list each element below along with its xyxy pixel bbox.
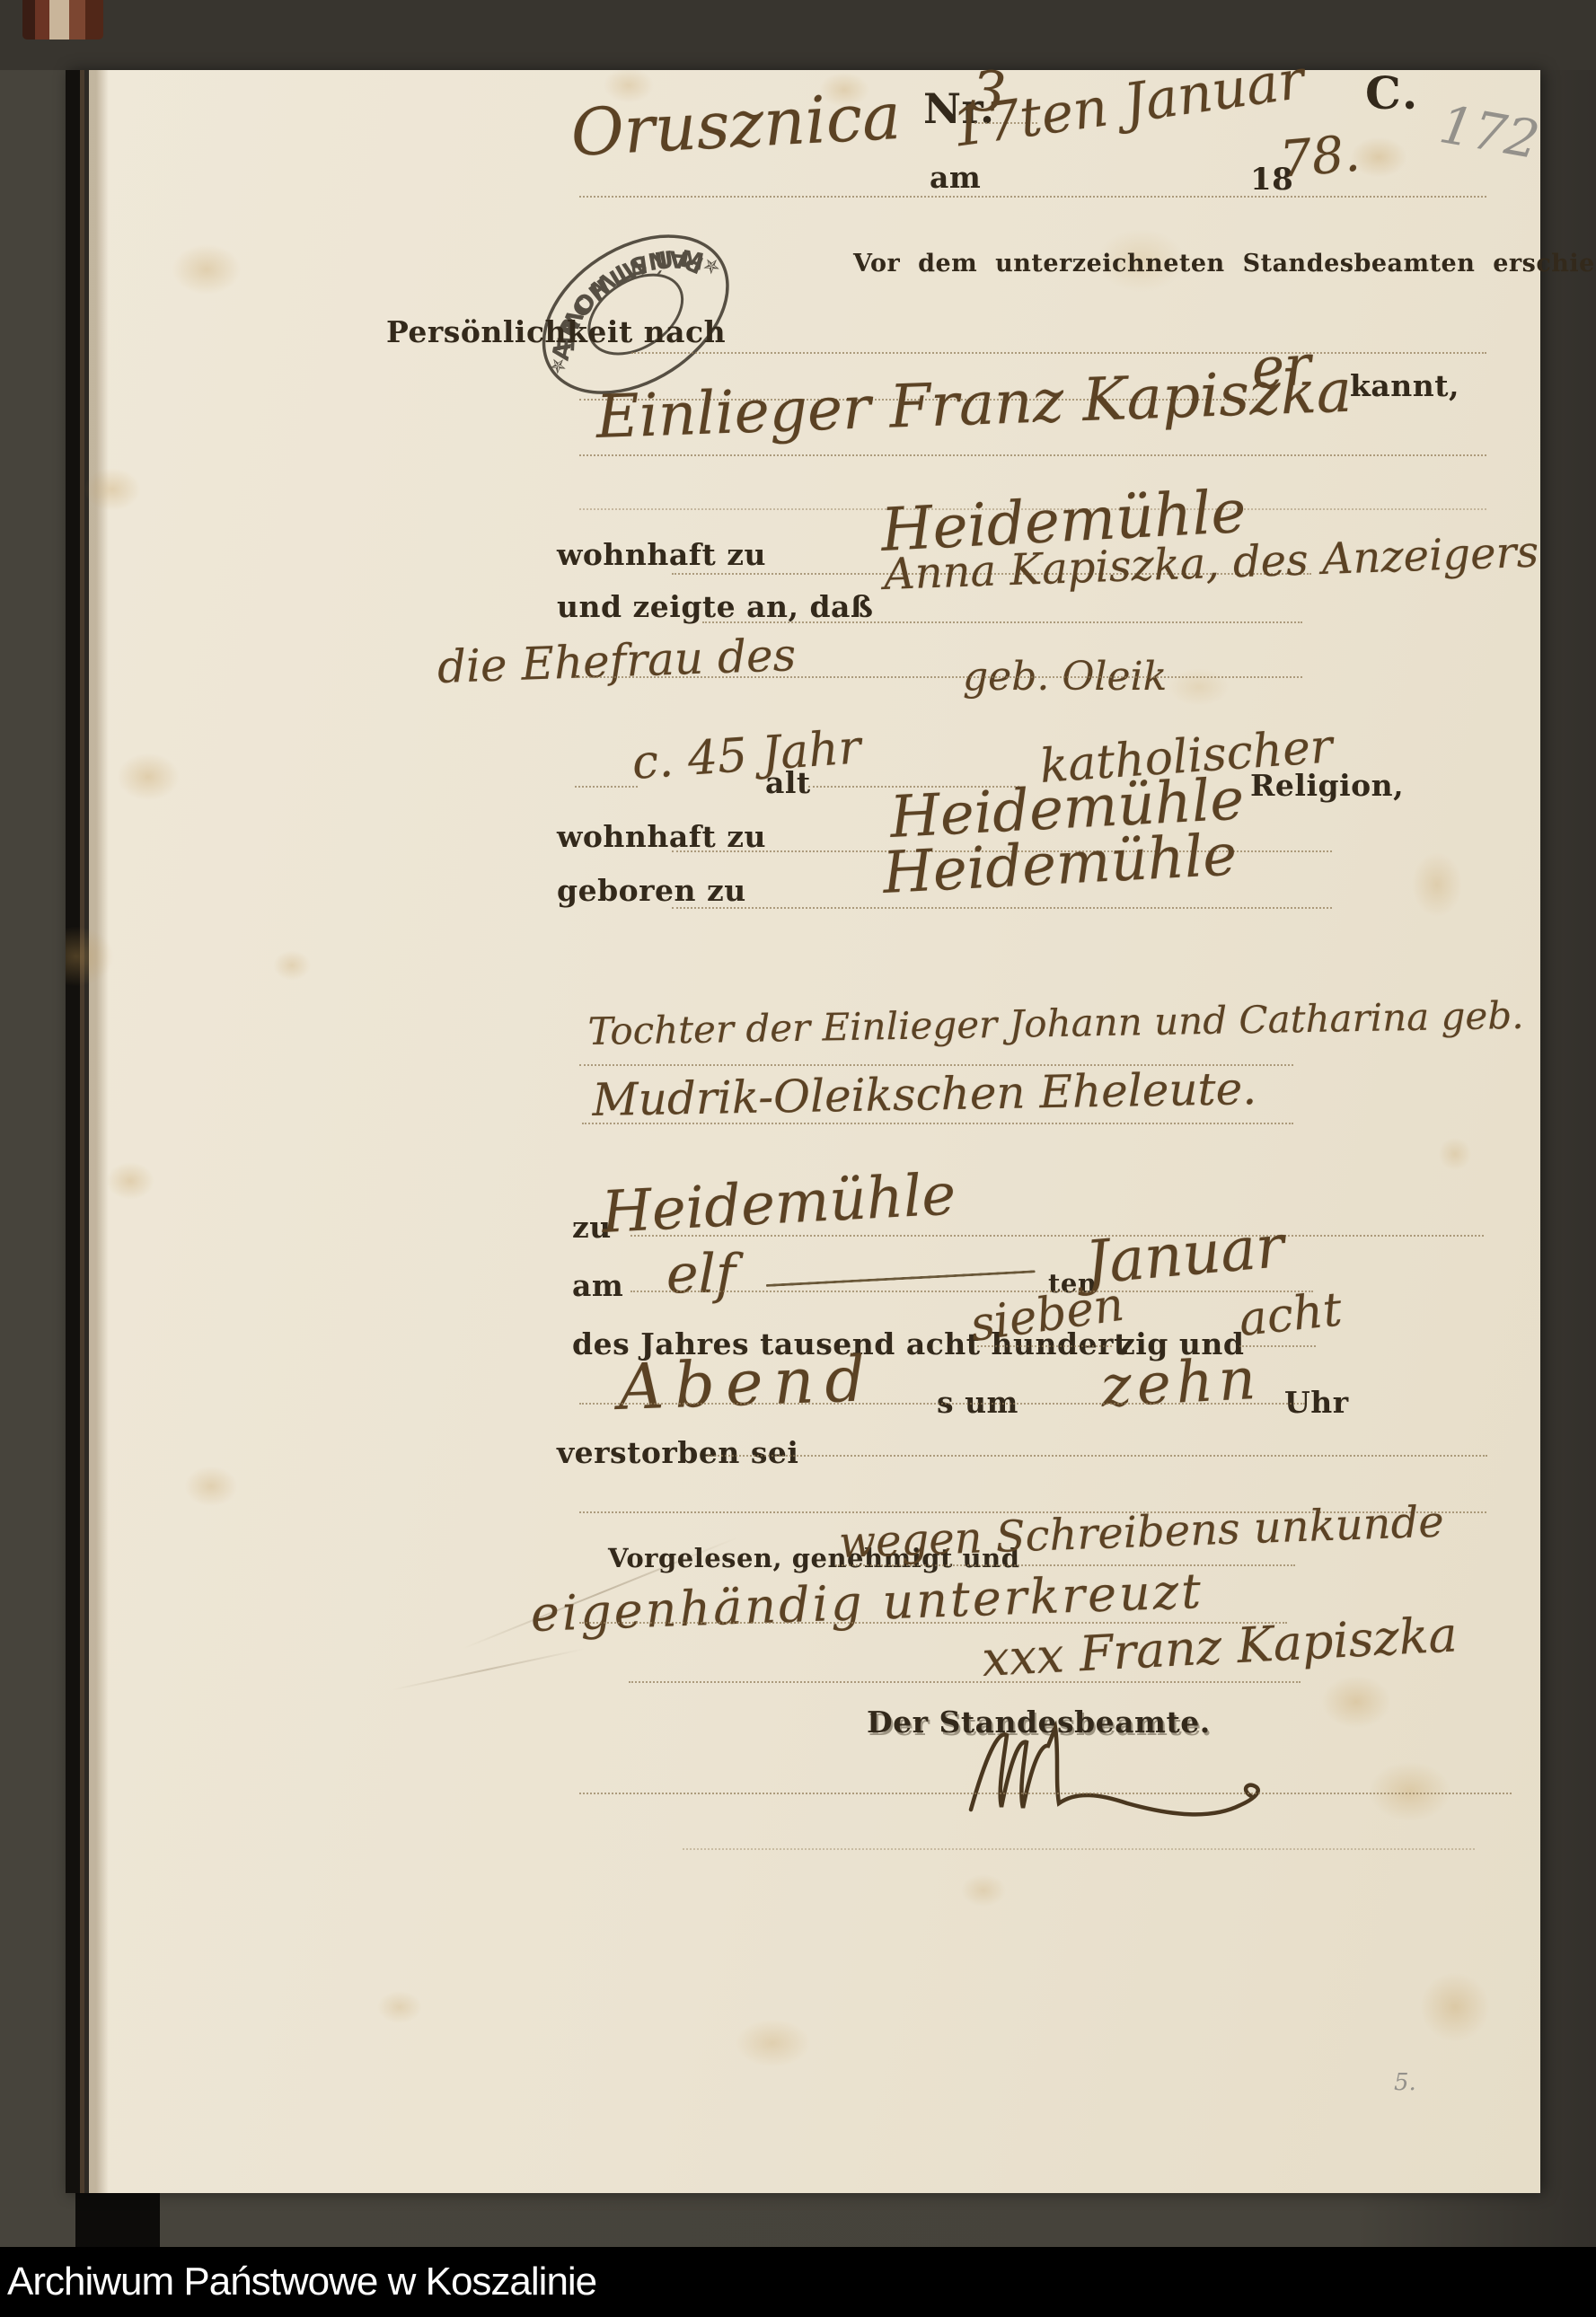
alt-printed: alt	[765, 765, 811, 800]
verstorben-sei-printed: verstorben sei	[557, 1435, 798, 1470]
archive-footer-label: Archiwum Państwowe w Koszalinie	[7, 2260, 596, 2304]
form-dotted-line	[835, 1564, 1295, 1566]
form-dotted-line	[579, 1793, 1512, 1794]
form-dotted-line	[977, 1345, 1112, 1347]
geboren-zu-printed: geboren zu	[557, 873, 746, 908]
archival-scan-background: Nr. 3 C. 172 Orusznica am 17ten Januar 1…	[0, 0, 1596, 2317]
archive-footer-bar: Archiwum Państwowe w Koszalinie	[0, 2247, 1596, 2317]
paper-crease	[391, 1648, 585, 1691]
form-dotted-line	[579, 1403, 1305, 1405]
form-section-letter: C.	[1365, 66, 1419, 119]
death-day-handwritten: elf	[666, 1243, 736, 1306]
death-record-page: Nr. 3 C. 172 Orusznica am 17ten Januar 1…	[66, 70, 1540, 2193]
form-dotted-line	[579, 454, 1486, 456]
religion-printed: Religion,	[1250, 768, 1404, 803]
wohnhaft-zu-printed: wohnhaft zu	[557, 537, 766, 572]
form-dotted-line	[702, 621, 1302, 623]
time-of-day-handwritten: Abend	[617, 1342, 877, 1424]
form-dotted-line	[575, 786, 638, 788]
form-dotted-line	[575, 676, 1302, 678]
wohnhaft-zu-printed: wohnhaft zu	[557, 819, 766, 854]
und-zeigte-an-printed: und zeigte an, daß	[557, 589, 874, 624]
handwritten-filler-stroke	[766, 1270, 1036, 1287]
hour-handwritten: zehn	[1099, 1346, 1263, 1421]
death-place-handwritten: Heidemühle	[600, 1161, 957, 1247]
parents-line1-handwritten: Tochter der Einlieger Johann und Cathari…	[587, 993, 1524, 1053]
form-dotted-line	[579, 196, 1486, 198]
binding-gutter-shadow	[75, 2191, 160, 2249]
form-dotted-line	[630, 1235, 1484, 1237]
persoenlichkeit-printed: Persönlichkeit nach	[386, 314, 726, 349]
form-dotted-line	[708, 1455, 1487, 1457]
registrar-signature	[964, 1715, 1287, 1832]
relation-handwritten: die Ehefrau des	[436, 629, 797, 693]
kannt-printed: kannt,	[1350, 368, 1459, 403]
closing-handwritten-1: wegen Schreibens unkunde	[838, 1497, 1445, 1568]
form-dotted-line	[630, 1291, 1313, 1292]
am-printed: am	[572, 1268, 623, 1303]
parents-line2-handwritten: Mudrik-Oleikschen Eheleute.	[592, 1062, 1257, 1126]
form-dotted-line	[672, 907, 1332, 909]
form-dotted-line	[631, 352, 1486, 354]
form-dotted-line	[629, 1681, 1301, 1683]
year-handwritten: 78.	[1277, 124, 1362, 189]
year-ones-handwritten: acht	[1237, 1282, 1345, 1347]
intro-line-printed: Vor dem unterzeichneten Standesbeamten e…	[853, 250, 1596, 278]
pencil-page-number: 172	[1435, 93, 1544, 171]
age-handwritten: c. 45 Jahr	[630, 720, 863, 790]
pencil-note: 5.	[1394, 2069, 1416, 2096]
form-dotted-line	[683, 1848, 1475, 1850]
am-label: am	[930, 160, 981, 195]
form-dotted-line	[582, 1123, 1293, 1124]
scan-top-band	[0, 0, 1596, 70]
declarant-name-handwritten: Einlieger Franz Kapiszka	[595, 357, 1353, 452]
book-spine-fragment	[22, 0, 103, 40]
registry-place-handwritten: Orusznica	[569, 78, 903, 171]
